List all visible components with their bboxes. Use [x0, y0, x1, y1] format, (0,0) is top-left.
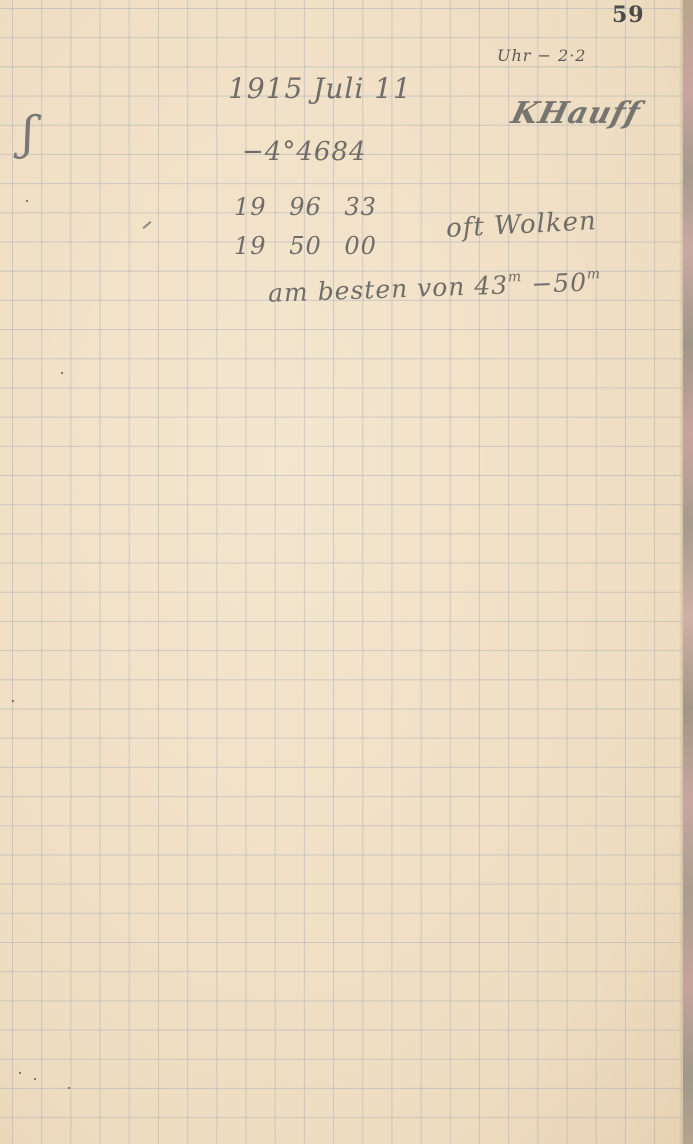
note-obs-to-unit: m: [587, 266, 602, 282]
reading-2-a: 19: [234, 232, 267, 260]
header-note: Uhr − 2·2: [497, 46, 586, 65]
signature: KHauff: [508, 96, 644, 131]
note-obs-prefix: am besten von: [268, 272, 466, 308]
entry-value: −4°4684: [242, 137, 367, 167]
reading-2-c: 00: [344, 232, 377, 260]
page-edge: [682, 0, 693, 1144]
entry-date: 1915 Juli 11: [228, 72, 412, 105]
note-obs-to: −50: [531, 268, 588, 299]
paper-speck: [12, 700, 14, 702]
paper-speck: [61, 372, 63, 374]
note-obs-from-unit: m: [508, 269, 523, 285]
page-number: 59: [612, 2, 645, 28]
notebook-page: 59 Uhr − 2·2 KHauff ʃ 1915 Juli 11 −4°46…: [0, 0, 693, 1144]
paper-speck: [68, 1087, 70, 1089]
paper-speck: [26, 200, 28, 202]
reading-1-a: 19: [234, 193, 267, 221]
reading-1-b: 96: [289, 193, 322, 221]
reading-2-b: 50: [289, 232, 322, 260]
reading-1-c: 33: [344, 193, 377, 221]
note-clouds: oft Wolken: [445, 206, 597, 244]
reading-row-2: 19 50 00: [234, 232, 377, 260]
reading-row-1: 19 96 33: [234, 193, 377, 221]
paper-speck: [34, 1078, 36, 1080]
paper-speck: [19, 1072, 21, 1074]
note-obs-from: 43: [474, 270, 509, 300]
note-observation: am besten von 43m −50m: [268, 266, 602, 308]
pencil-tick-mark: [143, 221, 152, 229]
margin-mark: ʃ: [22, 106, 36, 160]
